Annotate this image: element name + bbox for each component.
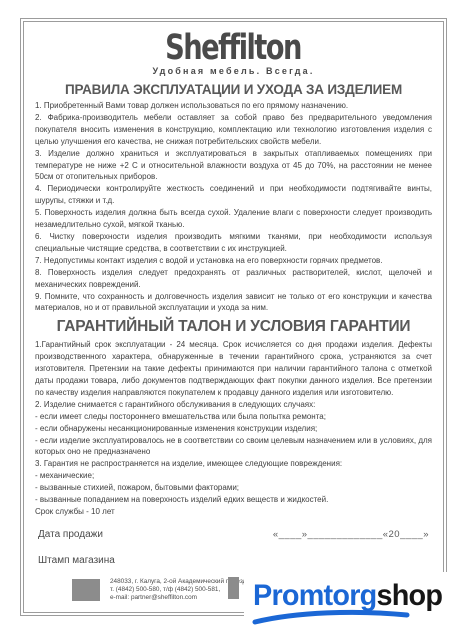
page-content: Sheffilton Удобная мебель. Всегда. ПРАВИ… — [25, 23, 442, 611]
rules-title: ПРАВИЛА ЭКСПЛУАТАЦИИ И УХОДА ЗА ИЗДЕЛИЕМ — [35, 82, 432, 97]
warranty-item: 2. Изделие снимается с гарантийного обсл… — [35, 399, 432, 411]
rule-item: 9. Помните, что сохранность и долговечно… — [35, 291, 432, 315]
warranty-item: - механические; — [35, 470, 432, 482]
promtorgshop-logo: Promtorgshop — [253, 581, 442, 611]
rule-item: 8. Поверхность изделия следует предохран… — [35, 267, 432, 291]
warranty-list: 1.Гарантийный срок эксплуатации - 24 мес… — [35, 339, 432, 518]
rule-item: 3. Изделие должно храниться и эксплуатир… — [35, 148, 432, 184]
warranty-item: - вызванные попаданием на поверхность из… — [35, 494, 432, 506]
warranty-item: - вызванные стихией, пожаром, бытовыми ф… — [35, 482, 432, 494]
rule-item: 6. Чистку поверхности изделия производит… — [35, 231, 432, 255]
rule-item: 4. Периодически контролируйте жесткость … — [35, 183, 432, 207]
sheffilton-logo: Sheffilton — [166, 31, 302, 66]
footer-mark-left — [72, 579, 100, 601]
warranty-item: 1.Гарантийный срок эксплуатации - 24 мес… — [35, 339, 432, 399]
shop-logo-overlay: Promtorgshop — [244, 572, 469, 640]
rule-item: 2. Фабрика-производитель мебели оставляе… — [35, 112, 432, 148]
rule-item: 7. Недопустимы контакт изделия с водой и… — [35, 255, 432, 267]
rule-item: 5. Поверхность изделия должна быть всегд… — [35, 207, 432, 231]
document-scan: Sheffilton Удобная мебель. Всегда. ПРАВИ… — [0, 0, 469, 640]
warranty-item: - если имеет следы постороннего вмешател… — [35, 411, 432, 423]
shop-stamp-label: Штамп магазина — [35, 555, 432, 566]
rule-item: 1. Приобретенный Вами товар должен испол… — [35, 100, 432, 112]
warranty-item: Срок службы - 10 лет — [35, 506, 432, 518]
brand-header: Sheffilton Удобная мебель. Всегда. — [35, 31, 432, 76]
warranty-item: - если обнаружены несанкционированные из… — [35, 423, 432, 435]
warranty-title: ГАРАНТИЙНЫЙ ТАЛОН И УСЛОВИЯ ГАРАНТИИ — [35, 318, 432, 336]
footer-mark-right — [228, 577, 239, 599]
warranty-item: - если изделие эксплуатировалось не в со… — [35, 435, 432, 459]
sale-date-label: Дата продажи — [38, 529, 103, 540]
sale-date-row: Дата продажи «____»_____________«20____» — [35, 529, 432, 540]
brand-tagline: Удобная мебель. Всегда. — [35, 67, 432, 76]
warranty-card-page: Sheffilton Удобная мебель. Всегда. ПРАВИ… — [20, 18, 447, 616]
logo-swoosh-underline-icon — [251, 608, 411, 626]
sale-date-blanks: «____»_____________«20____» — [273, 529, 429, 540]
warranty-item: 3. Гарантия не распространяется на издел… — [35, 458, 432, 470]
rules-list: 1. Приобретенный Вами товар должен испол… — [35, 100, 432, 314]
